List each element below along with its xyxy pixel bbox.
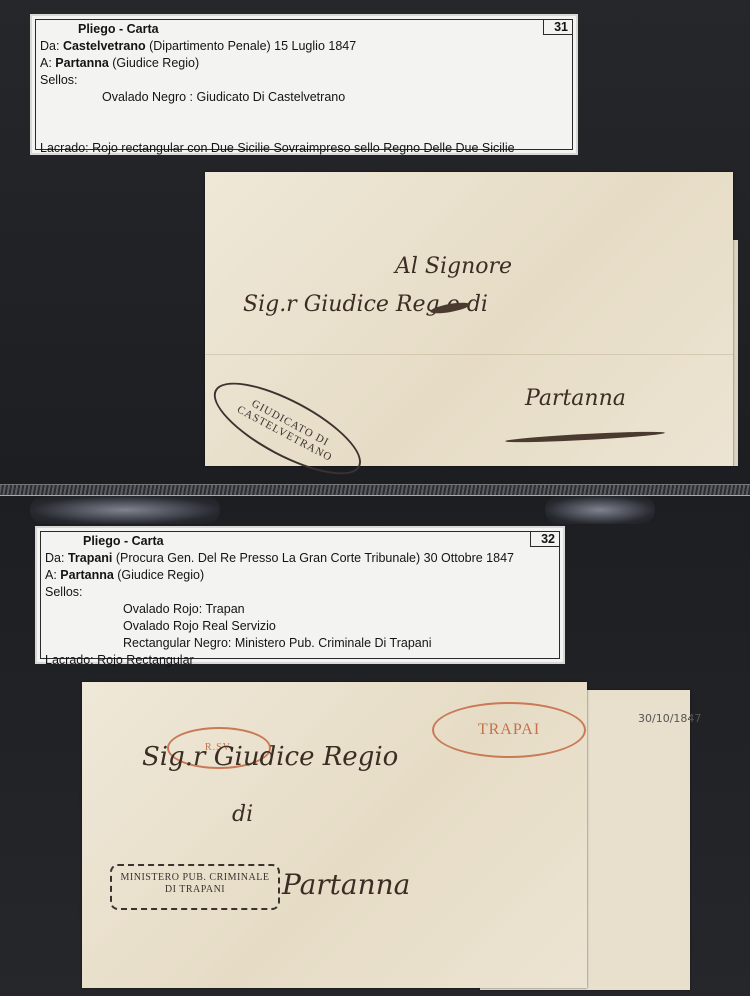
handwriting-line: di [232, 802, 253, 827]
lot-title: Pliego - Carta [45, 533, 555, 550]
handwriting-line: Partanna [282, 868, 410, 901]
glare [30, 496, 220, 524]
lacrado-line: Lacrado: Rojo rectangular con Due Sicili… [40, 140, 568, 157]
sello-item: Rectangular Negro: Ministero Pub. Crimin… [45, 635, 555, 652]
handwriting-line: Al Signore [395, 254, 512, 279]
sellos-label: Sellos: [45, 584, 555, 601]
lot-number: 31 [543, 19, 573, 35]
sellos-label: Sellos: [40, 72, 568, 89]
ministero-rect-stamp: MINISTERO PUB. CRIMINALE DI TRAPANI [110, 864, 280, 910]
lot-label-32: 32 Pliego - Carta Da: Trapani (Procura G… [35, 526, 565, 664]
fold-line [205, 354, 733, 355]
glare [545, 496, 655, 524]
ink-underline [505, 430, 665, 444]
origin-line: Da: Trapani (Procura Gen. Del Re Presso … [45, 550, 555, 567]
album-strip-divider [0, 484, 750, 496]
lot-label-31: 31 Pliego - Carta Da: Castelvetrano (Dip… [30, 14, 578, 155]
sello-item: Ovalado Rojo: Trapan [45, 601, 555, 618]
origin-line: Da: Castelvetrano (Dipartimento Penale) … [40, 38, 568, 55]
cover-letter-31: Al Signore Sig.r Giudice Reg.o di Partan… [205, 172, 733, 466]
cover-letter-32: TRAPAI R.SV. Sig.r Giudice Regio di Part… [82, 682, 587, 988]
lot-title: Pliego - Carta [40, 21, 568, 38]
sello-item: Ovalado Negro : Giudicato Di Castelvetra… [40, 89, 568, 106]
sello-item: Ovalado Rojo Real Servizio [45, 618, 555, 635]
lot-number: 32 [530, 531, 560, 547]
destination-line: A: Partanna (Giudice Regio) [40, 55, 568, 72]
destination-line: A: Partanna (Giudice Regio) [45, 567, 555, 584]
handwriting-line: Partanna [525, 386, 626, 411]
pencil-date-note: 30/10/1847 [638, 712, 701, 725]
handwriting-line: Sig.r Giudice Regio [142, 742, 398, 772]
trapani-red-oval-stamp: TRAPAI [432, 702, 586, 758]
lacrado-line: Lacrado: Rojo Rectangular [45, 652, 555, 669]
